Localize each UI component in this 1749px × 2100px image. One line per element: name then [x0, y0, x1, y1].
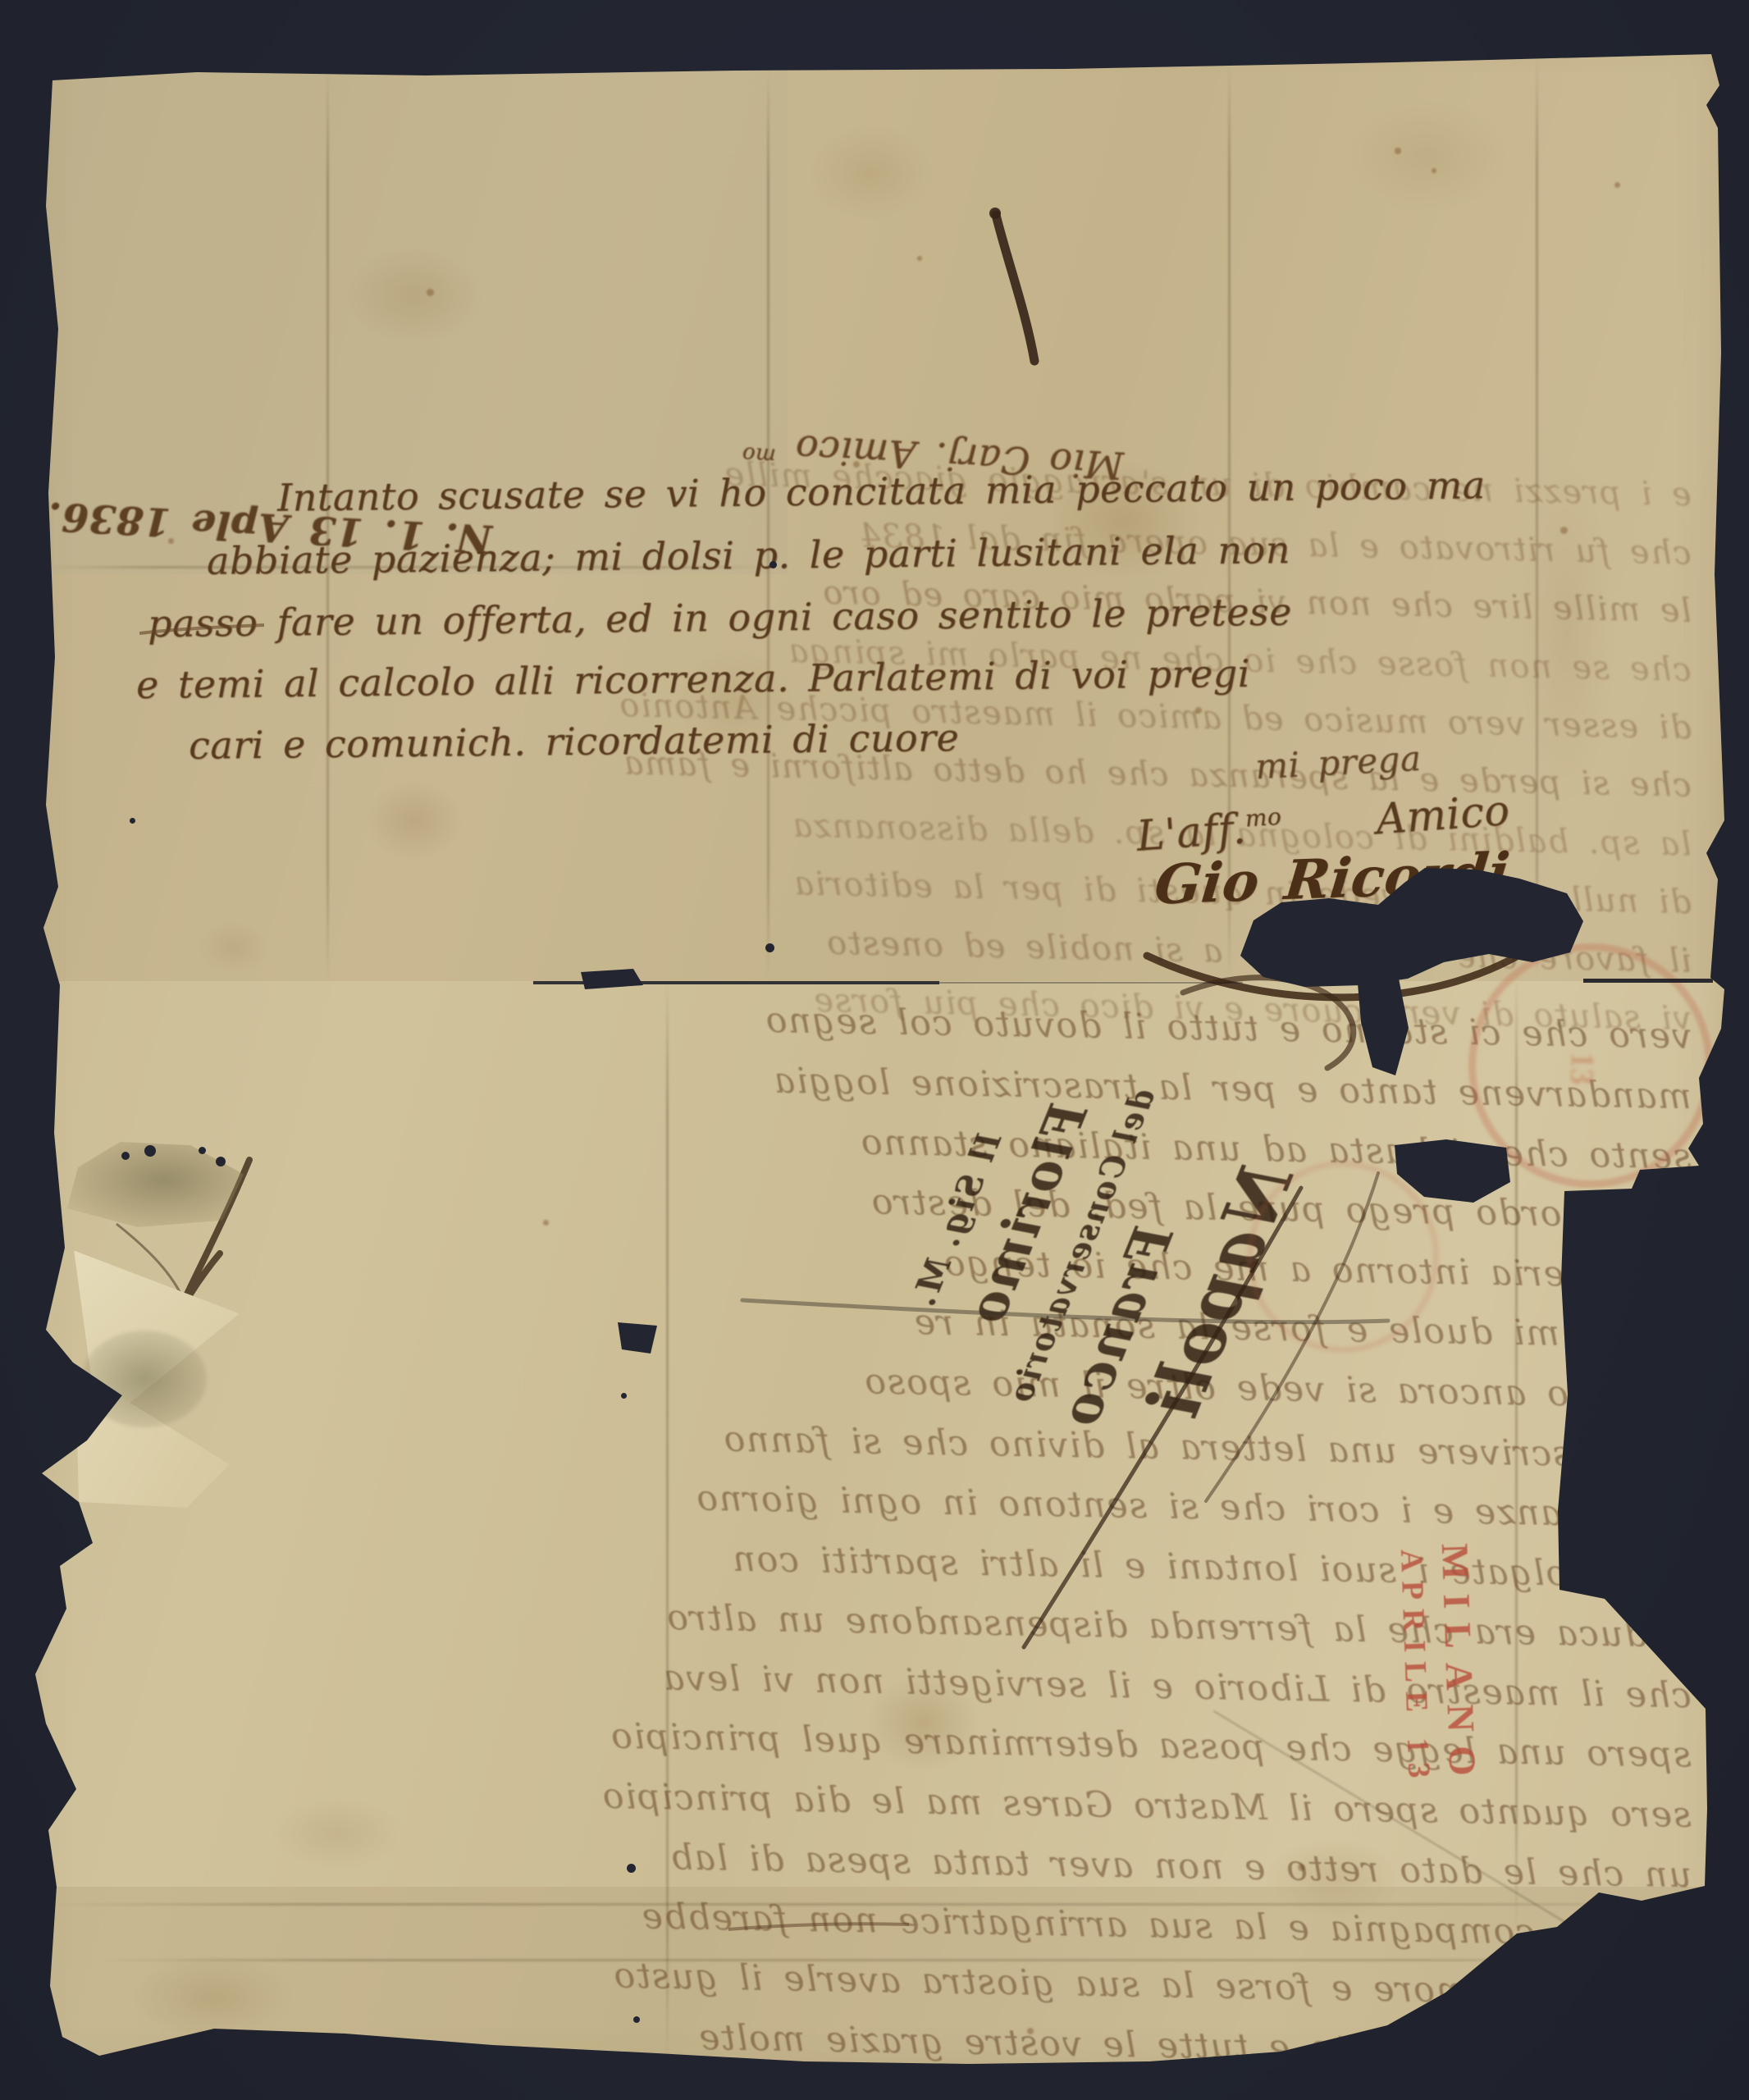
stain: [1345, 98, 1509, 213]
showthrough-line: sero quanto spero il Mastro Gares ma le …: [82, 1767, 1692, 1836]
showthrough-line: e raccolgate i suoi lontani e li altri s…: [74, 1527, 1692, 1596]
showthrough-line: le romanze e i cori che si sentono in og…: [107, 1468, 1692, 1536]
showthrough-line: che il maestro di Liborio e il servigett…: [49, 1647, 1692, 1717]
seal-flap-middle: [71, 1247, 243, 1432]
valediction-tail: Amico: [1374, 787, 1511, 844]
foxing-spot: [1395, 148, 1401, 154]
scanned-letter-photo: e i prezzi ne cambio di un s'arraggio gi…: [0, 0, 1749, 2100]
showthrough-line: tutto con amore e forse la sua giostra a…: [123, 1947, 1692, 2015]
showthrough-line: il favore che accordaste a si nobile ed …: [62, 908, 1692, 980]
ink-drip: [996, 215, 1034, 361]
stain: [804, 123, 935, 221]
foxing-spot: [1614, 182, 1620, 188]
showthrough-line: parlano ancora si vede oltre il mio spos…: [82, 1348, 1692, 1417]
foxing-spot: [1432, 168, 1436, 173]
showthrough-line: la materia intorno a me che io tengo: [66, 1228, 1692, 1298]
showthrough-line: e poi scrivere una lettera al divino che…: [57, 1408, 1692, 1477]
foxing-spot: [917, 256, 922, 261]
showthrough-line: del ricordo prego pure la fed. del destr…: [98, 1168, 1692, 1237]
showthrough-line: di cio mi duole e forse la sonata in re: [123, 1288, 1692, 1356]
foxing-spot: [427, 289, 434, 296]
showthrough-line: un che le dato retto e non aver tanta sp…: [66, 1827, 1692, 1897]
letter-sheet: e i prezzi ne cambio di un s'arraggio gi…: [0, 0, 1749, 2100]
body-line: cari e comunich. ricordatemi di cuore: [189, 715, 960, 768]
fold-seam-right: [1583, 979, 1713, 983]
showthrough-line: ed una compagnia e la sua arringatrice n…: [98, 1887, 1692, 1956]
ink-drip-head: [989, 208, 1001, 219]
showthrough-line: dalla cara consorte e tutte le vostre gr…: [74, 2006, 1692, 2075]
showthrough-line: spero una legge che possa determinare qu…: [115, 1707, 1692, 1776]
stain: [345, 246, 484, 345]
signature: Gio Ricordi: [1152, 840, 1513, 916]
foxing-spot: [543, 1220, 549, 1226]
showthrough-line: mandarvene tanto e per la trascrizione l…: [74, 1048, 1692, 1117]
fold-seam-mid: [939, 982, 1243, 984]
valediction-superscript: mo: [1244, 803, 1283, 833]
showthrough-line: il duca era che la ferrenda dispensandon…: [90, 1587, 1692, 1656]
salutation-superscript: mo: [742, 442, 777, 468]
showthrough-line: sento che si basta ad una italiano stann…: [49, 1108, 1692, 1178]
